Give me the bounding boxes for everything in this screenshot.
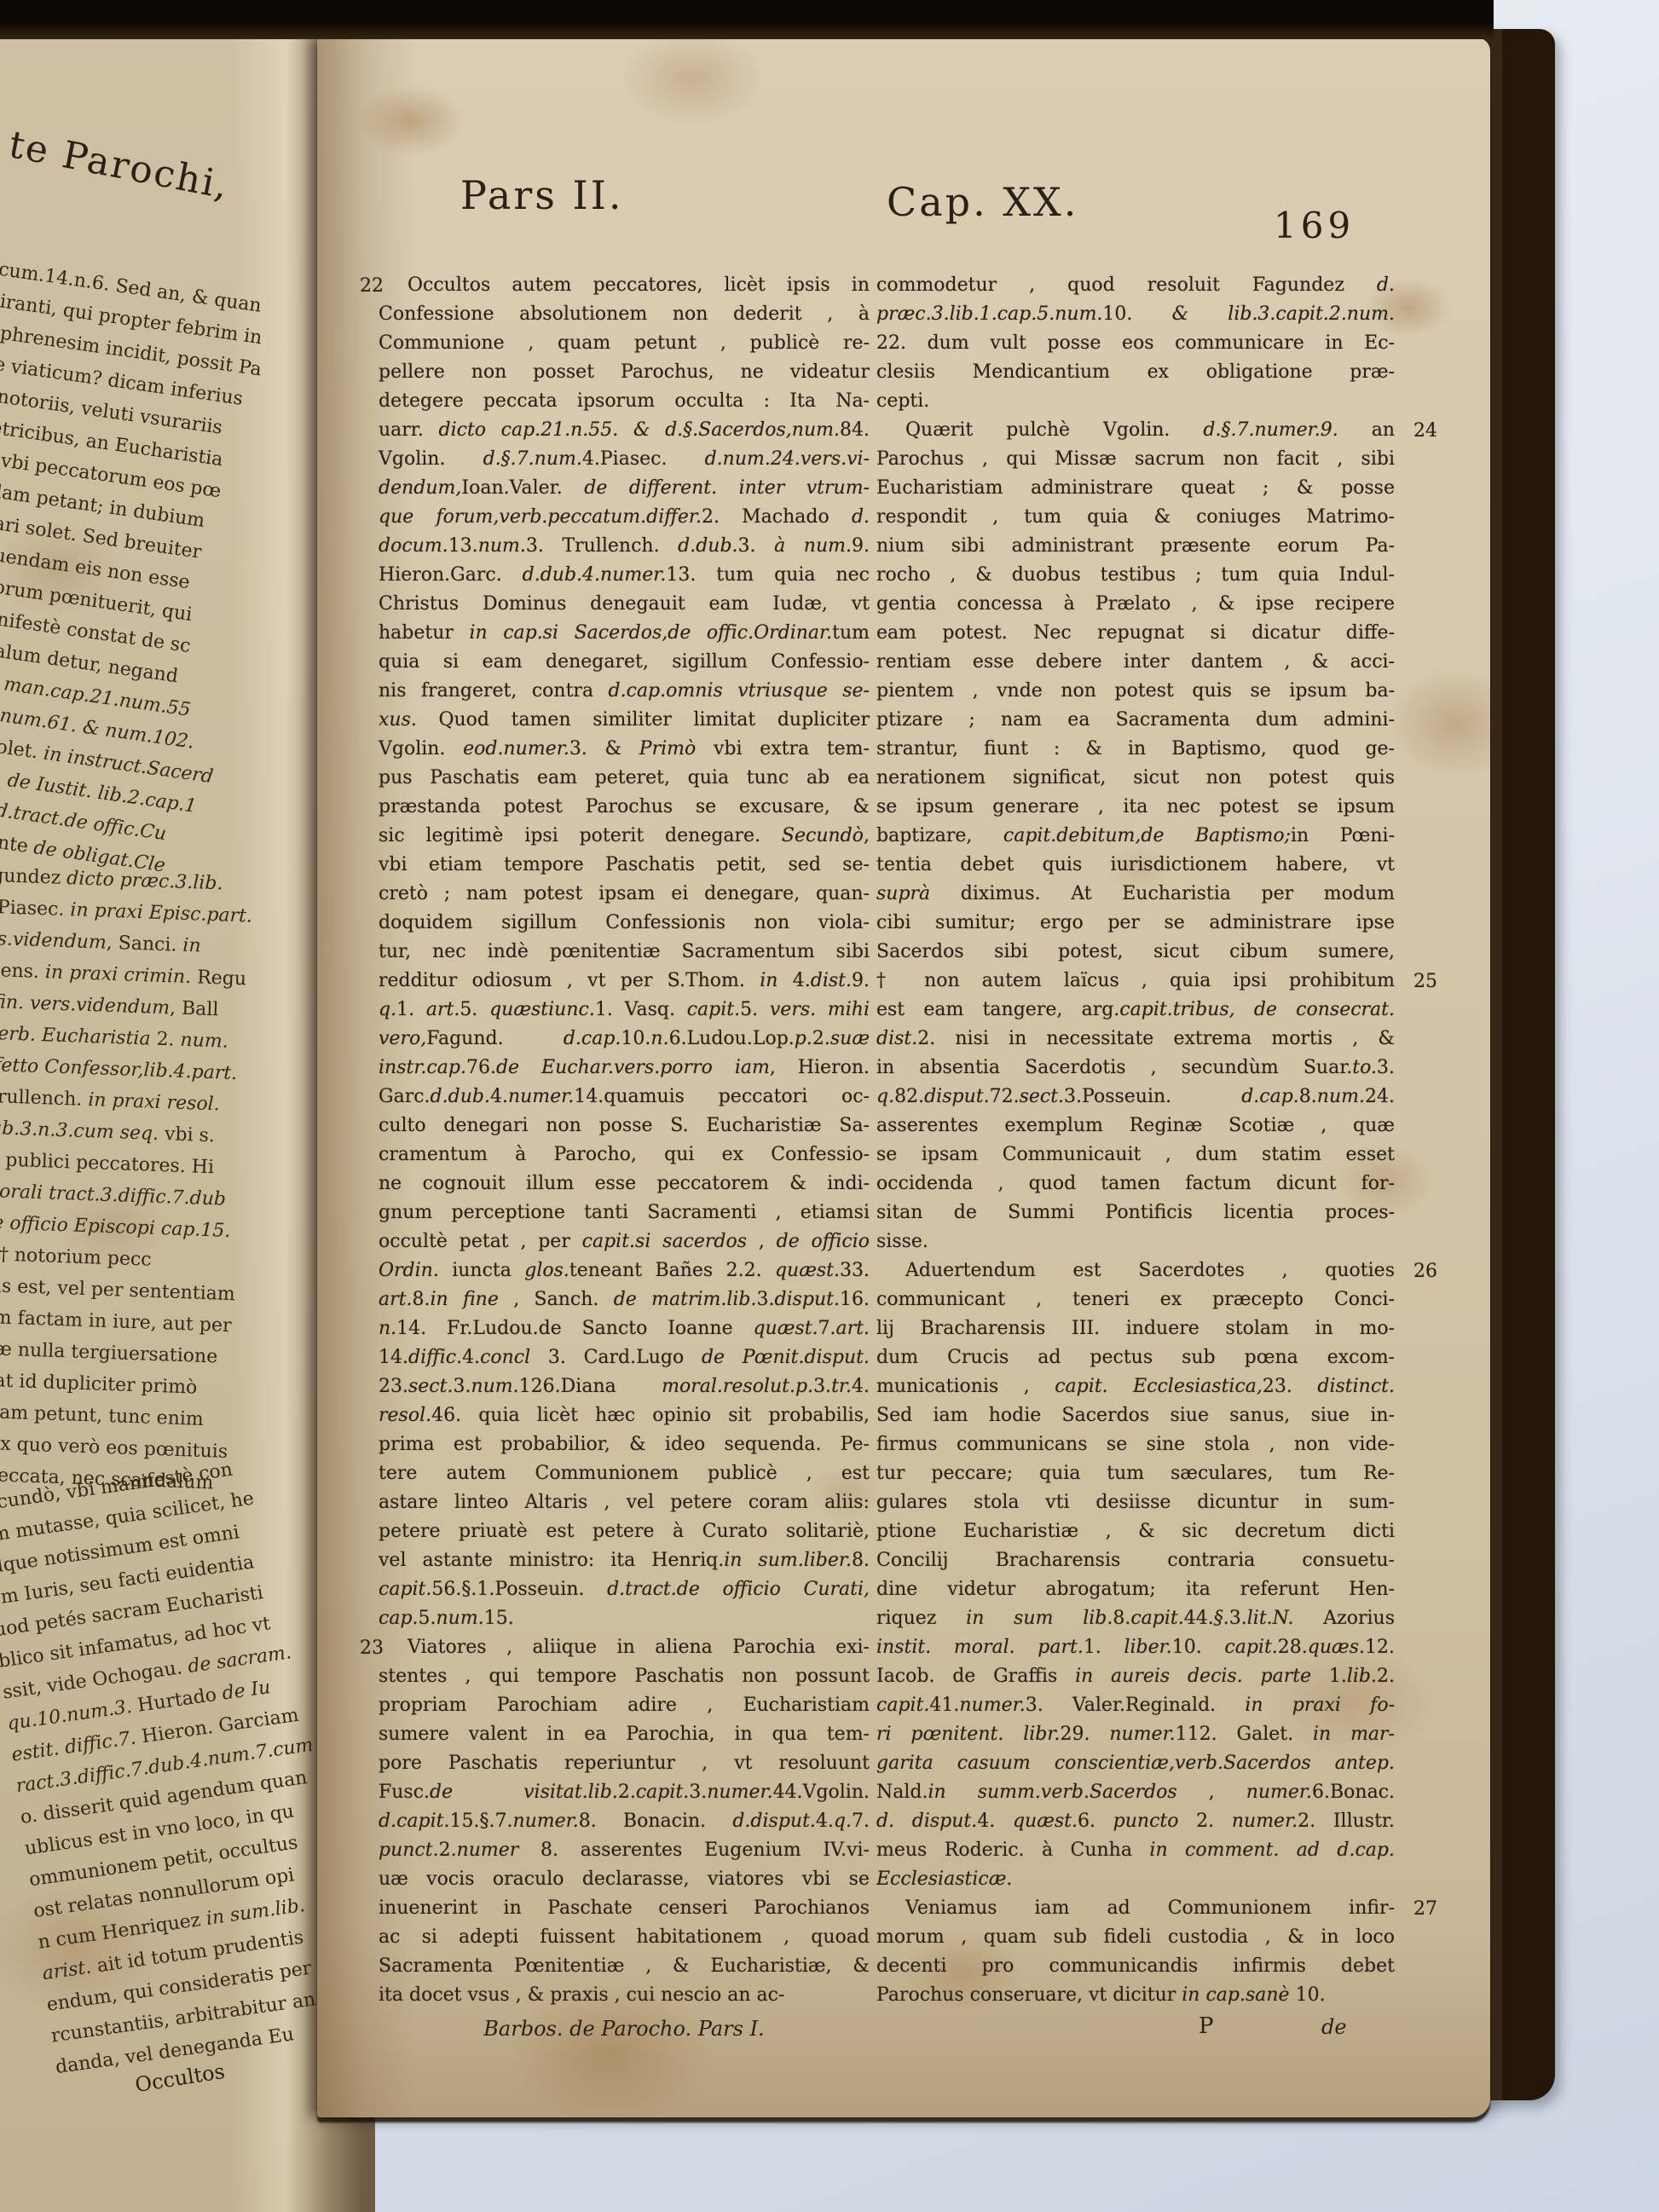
text-line: Nald.in summ.verb.Sacerdos , numer.6.Bon… <box>876 1778 1395 1807</box>
text-line: Vgolin. eod.numer.3. & Primò vbi extra t… <box>379 735 870 764</box>
text-line: d.capit.15.§.7.numer.8. Bonacin. d.dispu… <box>379 1807 870 1836</box>
text-line: capit.41.numer.3. Valer.Reginald. in pra… <box>876 1691 1395 1720</box>
text-line: se ipsam Communicauit , dum statim esset <box>876 1141 1395 1170</box>
text-line: Confessione absolutionem non dederit , à <box>379 300 870 329</box>
text-line: dine videtur abrogatum; ita referunt Hen… <box>876 1575 1395 1604</box>
text-line: morum , quam sub fideli custodia , & in … <box>876 1923 1395 1952</box>
previous-page-text-bottom: secundò, vbi manifestè conam mutasse, qu… <box>0 1448 355 2083</box>
text-line: xus. Quod tamen similiter limitat duplic… <box>379 706 870 735</box>
running-title-part: Pars II. <box>460 172 624 218</box>
text-line: riquez in sum lib.8.capit.44.§.3.lit.N. … <box>876 1604 1395 1633</box>
text-line: pore Paschatis reperiuntur , vt resoluun… <box>379 1749 870 1778</box>
text-line: cretò ; nam potest ipsam ei denegare, qu… <box>379 880 870 909</box>
text-line: communicant , teneri ex præcepto Conci- <box>876 1285 1395 1314</box>
margin-number: 26 <box>1384 1257 1437 1286</box>
text-line: Eucharistiam administrare queat ; & poss… <box>876 474 1395 503</box>
text-line: vbi etiam tempore Paschatis petit, sed s… <box>379 851 870 880</box>
text-line: municationis , capit. Ecclesiastica,23. … <box>876 1372 1395 1401</box>
text-line: Parochus conseruare, vt dicitur in cap.s… <box>876 1981 1395 2010</box>
text-line: nis frangeret, contra d.cap.omnis vtrius… <box>379 677 870 706</box>
text-line: Sed iam hodie Sacerdos siue sanus, siue … <box>876 1401 1395 1430</box>
text-line: nium sibi administrant præsente eorum Pa… <box>876 532 1395 561</box>
text-line: tentia debet quis iurisdictionem habere,… <box>876 851 1395 880</box>
text-line: Quærit pulchè Vgolin. d.§.7.numer.9. an2… <box>876 416 1395 445</box>
margin-number: 27 <box>1384 1895 1437 1924</box>
text-line: Sacerdos sibi potest, sicut cibum sumere… <box>876 938 1395 967</box>
text-line: cepti. <box>876 387 1395 416</box>
text-line: petere priuatè est petere à Curato solit… <box>379 1517 870 1546</box>
text-line: ac si adepti fuissent habitationem , quo… <box>379 1923 870 1952</box>
text-line: Parochus , qui Missæ sacrum non facit , … <box>876 445 1395 474</box>
text-line: præc.3.lib.1.cap.5.num.10. & lib.3.capit… <box>876 300 1395 329</box>
text-line: instr.cap.76.de Euchar.vers.porro iam, H… <box>379 1054 870 1083</box>
text-line: d. disput.4. quæst.6. puncto 2. numer.2.… <box>876 1807 1395 1836</box>
signature-mark: P <box>1199 2013 1214 2039</box>
text-line: gnum perceptione tanti Sacramenti , etia… <box>379 1198 870 1227</box>
previous-page-text-top: docum.14.n.6. Sed an, & quandeliranti, q… <box>0 251 281 887</box>
text-line: 23.sect.3.num.126.Diana moral.resolut.p.… <box>379 1372 870 1401</box>
text-line: † non autem laïcus , quia ipsi prohibitu… <box>876 967 1395 996</box>
text-line: lij Bracharensis III. induere stolam in … <box>876 1314 1395 1343</box>
text-line: que forum,verb.peccatum.differ.2. Machad… <box>379 503 870 532</box>
text-line: Aduertendum est Sacerdotes , quoties26 <box>876 1256 1395 1285</box>
text-line: Veniamus iam ad Communionem infir-27 <box>876 1894 1395 1923</box>
text-line: vel astante ministro: ita Henriq.in sum.… <box>379 1546 870 1575</box>
footer-signature-title: Barbos. de Parocho. Pars I. <box>379 2017 870 2041</box>
text-line: ita docet vsus , & praxis , cui nescio a… <box>379 1981 870 2010</box>
text-line: in absentia Sacerdotis , secundùm Suar.t… <box>876 1054 1395 1083</box>
text-line: vero,Fagund. d.cap.10.n.6.Ludou.Lop.p.2.… <box>379 1025 870 1054</box>
text-line: dendum,Ioan.Valer. de different. inter v… <box>379 474 870 503</box>
text-line: est eam tangere, arg.capit.tribus, de co… <box>876 996 1395 1025</box>
text-line: Vgolin. d.§.7.num.4.Piasec. d.num.24.ver… <box>379 445 870 474</box>
paragraph: Viatores , aliique in aliena Parochia ex… <box>379 1633 870 2010</box>
text-line: cibi sumitur; ergo per se administrare i… <box>876 909 1395 938</box>
text-line: decenti pro communicandis infirmis debet <box>876 1952 1395 1981</box>
text-line: suprà diximus. At Eucharistia per modum <box>876 880 1395 909</box>
text-line: Communione , quam petunt , publicè re- <box>379 329 870 358</box>
margin-number: 23 <box>331 1634 384 1663</box>
text-line: præstanda potest Parochus se excusare, & <box>379 793 870 822</box>
text-line: uæ vocis oraculo declarasse, viatores vb… <box>379 1865 870 1894</box>
text-line: nerationem significat, sicut non potest … <box>876 764 1395 793</box>
text-line: occultè petat , per capit.si sacerdos , … <box>379 1227 870 1256</box>
text-line: se ipsum generare , ita nec potest se ip… <box>876 793 1395 822</box>
text-line: Fusc.de visitat.lib.2.capit.3.numer.44.V… <box>379 1778 870 1807</box>
text-line: propriam Parochiam adire , Eucharistiam <box>379 1691 870 1720</box>
text-line: Sacramenta Pœnitentiæ , & Eucharistiæ, & <box>379 1952 870 1981</box>
text-line: sumere valent in ea Parochia, in qua tem… <box>379 1720 870 1749</box>
text-line: respondit , tum quia & coniuges Matrimo- <box>876 503 1395 532</box>
previous-page-text-middle: Fagundez dicto præc.3.lib.m, Piasec. in … <box>0 859 254 1499</box>
paragraph: Quærit pulchè Vgolin. d.§.7.numer.9. an2… <box>876 416 1395 1256</box>
text-line: cap.5.num.15. <box>379 1604 870 1633</box>
text-line: culto denegari non posse S. Eucharistiæ … <box>379 1112 870 1141</box>
text-line: rentiam esse debere inter dantem , & acc… <box>876 648 1395 677</box>
text-line: ne cognouit illum esse peccatorem & indi… <box>379 1170 870 1198</box>
text-line: dum Crucis ad pectus sub pœna excom- <box>876 1343 1395 1372</box>
text-line: sic legitimè ipsi poterit denegare. Secu… <box>379 822 870 851</box>
text-column-left: Occultos autem peccatores, licèt ipsis i… <box>379 271 870 2010</box>
text-line: clesiis Mendicantium ex obligatione præ- <box>876 358 1395 387</box>
margin-number: 25 <box>1413 967 1437 996</box>
text-line: rocho , & duobus testibus ; tum quia Ind… <box>876 561 1395 590</box>
text-line: detegere peccata ipsorum occulta : Ita N… <box>379 387 870 416</box>
book-photo: te Parochi, docum.14.n.6. Sed an, & quan… <box>0 0 1659 2212</box>
margin-number: 22 <box>331 272 384 301</box>
text-line: Ordin. iuncta glos.teneant Bañes 2.2. qu… <box>379 1256 870 1285</box>
text-line: Garc.d.dub.4.numer.14.quamuis peccatori … <box>379 1083 870 1112</box>
text-line: q.82.disput.72.sect.3.Posseuin. d.cap.8.… <box>876 1083 1395 1112</box>
paragraph: Veniamus iam ad Communionem infir-27moru… <box>876 1894 1395 2010</box>
text-line: sisse. <box>876 1227 1395 1256</box>
text-line: ri pœnitent. libr.29. numer.112. Galet. … <box>876 1720 1395 1749</box>
text-line: firmus communicans se sine stola , non v… <box>876 1430 1395 1459</box>
text-line: habetur in cap.si Sacerdos,de offic.Ordi… <box>379 619 870 648</box>
text-line: pellere non posset Parochus, ne videatur <box>379 358 870 387</box>
text-line: art.8.in fine , Sanch. de matrim.lib.3.d… <box>379 1285 870 1314</box>
text-line: cramentum à Parocho, qui ex Confessio- <box>379 1141 870 1170</box>
text-line: n.14. Fr.Ludou.de Sancto Ioanne quæst.7.… <box>379 1314 870 1343</box>
text-line: tere autem Communionem publicè , est <box>379 1459 870 1488</box>
main-page: Pars II. Cap. XX. 169 Occultos autem pec… <box>317 38 1490 2117</box>
text-line: Hieron.Garc. d.dub.4.numer.13. tum quia … <box>379 561 870 590</box>
text-line: q.1. art.5. quæstiunc.1. Vasq. capit.5. … <box>379 996 870 1025</box>
text-line: eam potest. Nec repugnat si dicatur diff… <box>876 619 1395 648</box>
text-line: stentes , qui tempore Paschatis non poss… <box>379 1662 870 1691</box>
text-line: Occultos autem peccatores, licèt ipsis i… <box>379 271 870 300</box>
running-title-chapter: Cap. XX. <box>887 179 1078 225</box>
text-line: Viatores , aliique in aliena Parochia ex… <box>379 1633 870 1662</box>
text-line: gulares stola vti desiisse dicuntur in s… <box>876 1488 1395 1517</box>
text-line: Christus Dominus denegauit eam Iudæ, vt <box>379 590 870 619</box>
text-line: commodetur , quod resoluit Fagundez d. <box>876 271 1395 300</box>
text-line: ptizare ; nam ea Sacramenta dum admini- <box>876 706 1395 735</box>
text-line: tur, nec indè pœnitentiæ Sacramentum sib… <box>379 938 870 967</box>
text-column-right: commodetur , quod resoluit Fagundez d.pr… <box>876 271 1395 2010</box>
paragraph: Occultos autem peccatores, licèt ipsis i… <box>379 271 870 1633</box>
text-line: resol.46. quia licèt hæc opinio sit prob… <box>379 1401 870 1430</box>
catchword: de <box>1321 2015 1347 2039</box>
text-line: dist.2. nisi in necessitate extrema mort… <box>876 1025 1395 1054</box>
text-line: punct.2.numer 8. asserentes Eugenium IV.… <box>379 1836 870 1865</box>
text-line: uarr. dicto cap.21.n.55. & d.§.Sacerdos,… <box>379 416 870 445</box>
text-line: baptizare, capit.debitum,de Baptismo;in … <box>876 822 1395 851</box>
text-line: strantur, fiunt : & in Baptismo, quod ge… <box>876 735 1395 764</box>
text-line: capit.56.§.1.Posseuin. d.tract.de offici… <box>379 1575 870 1604</box>
text-line: doquidem sigillum Confessionis non viola… <box>379 909 870 938</box>
paragraph: commodetur , quod resoluit Fagundez d.pr… <box>876 271 1395 416</box>
margin-number: 24 <box>1384 417 1437 446</box>
text-line: Iacob. de Graffis in aureis decis. parte… <box>876 1662 1395 1691</box>
text-line: 14.diffic.4.concl 3. Card.Lugo de Pœnit.… <box>379 1343 870 1372</box>
text-line: pientem , vnde non potest quis se ipsum … <box>876 677 1395 706</box>
page-number: 169 <box>1274 205 1355 246</box>
text-line: meus Roderic. à Cunha in comment. ad d.c… <box>876 1836 1395 1865</box>
text-line: Ecclesiasticæ. <box>876 1865 1395 1894</box>
text-line: redditur odiosum , vt per S.Thom. in 4.d… <box>379 967 870 996</box>
paragraph: Aduertendum est Sacerdotes , quoties26co… <box>876 1256 1395 1894</box>
text-line: tur peccare; quia tum sæculares, tum Re- <box>876 1459 1395 1488</box>
text-line: sitan de Summi Pontificis licentia proce… <box>876 1198 1395 1227</box>
text-line: pus Paschatis eam peteret, quia tunc ab … <box>379 764 870 793</box>
previous-page-running-title: te Parochi, <box>5 123 233 208</box>
text-line: inuenerint in Paschate censeri Parochian… <box>379 1894 870 1923</box>
text-line: ptione Eucharistiæ , & sic decretum dict… <box>876 1517 1395 1546</box>
text-line: Concilij Bracharensis contraria consuetu… <box>876 1546 1395 1575</box>
text-line: 22. dum vult posse eos communicare in Ec… <box>876 329 1395 358</box>
text-line: prima est probabilior, & ideo sequenda. … <box>379 1430 870 1459</box>
text-line: garita casuum conscientiæ,verb.Sacerdos … <box>876 1749 1395 1778</box>
text-line: instit. moral. part.1. liber.10. capit.2… <box>876 1633 1395 1662</box>
text-line: astare linteo Altaris , vel petere coram… <box>379 1488 870 1517</box>
text-line: asserentes exemplum Reginæ Scotiæ , quæ <box>876 1112 1395 1141</box>
text-line: quia si eam denegaret, sigillum Confessi… <box>379 648 870 677</box>
book-top-edge <box>0 0 1494 39</box>
text-line: occidenda , quod tamen factum dicunt for… <box>876 1170 1395 1198</box>
text-line: docum.13.num.3. Trullench. d.dub.3. à nu… <box>379 532 870 561</box>
text-line: gentia concessa à Prælato , & ipse recip… <box>876 590 1395 619</box>
